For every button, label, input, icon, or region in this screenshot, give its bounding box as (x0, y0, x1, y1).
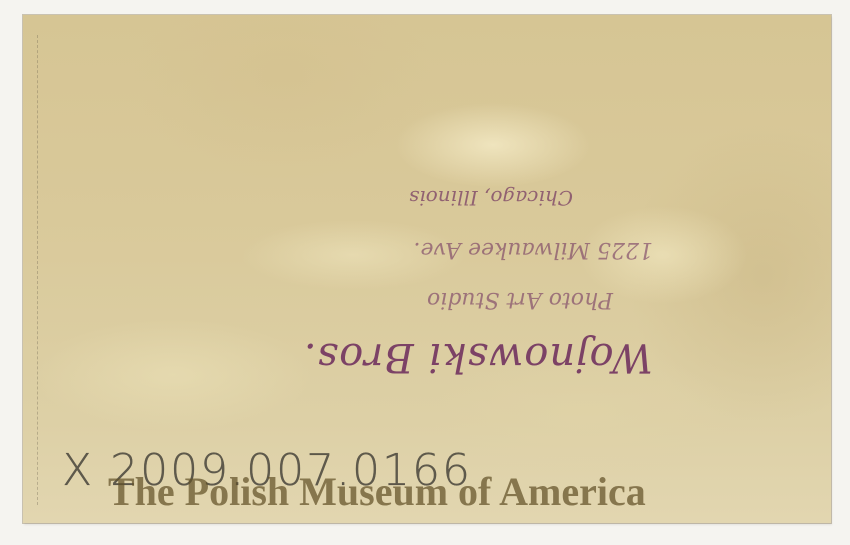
scan-background: Wojnowski Bros. Photo Art Studio 1225 Mi… (0, 0, 850, 545)
inscription-line-city: Chicago, Illinois (409, 186, 573, 210)
inscription-line-studio-name: Wojnowski Bros. (303, 334, 653, 380)
handwritten-inscription: Wojnowski Bros. Photo Art Studio 1225 Mi… (223, 150, 683, 390)
inscription-line-studio-type: Photo Art Studio (427, 287, 613, 312)
inscription-line-street: 1225 Milwaukee Ave. (414, 237, 654, 262)
perforation-line (37, 35, 38, 505)
museum-watermark: The Polish Museum of America (108, 468, 646, 515)
